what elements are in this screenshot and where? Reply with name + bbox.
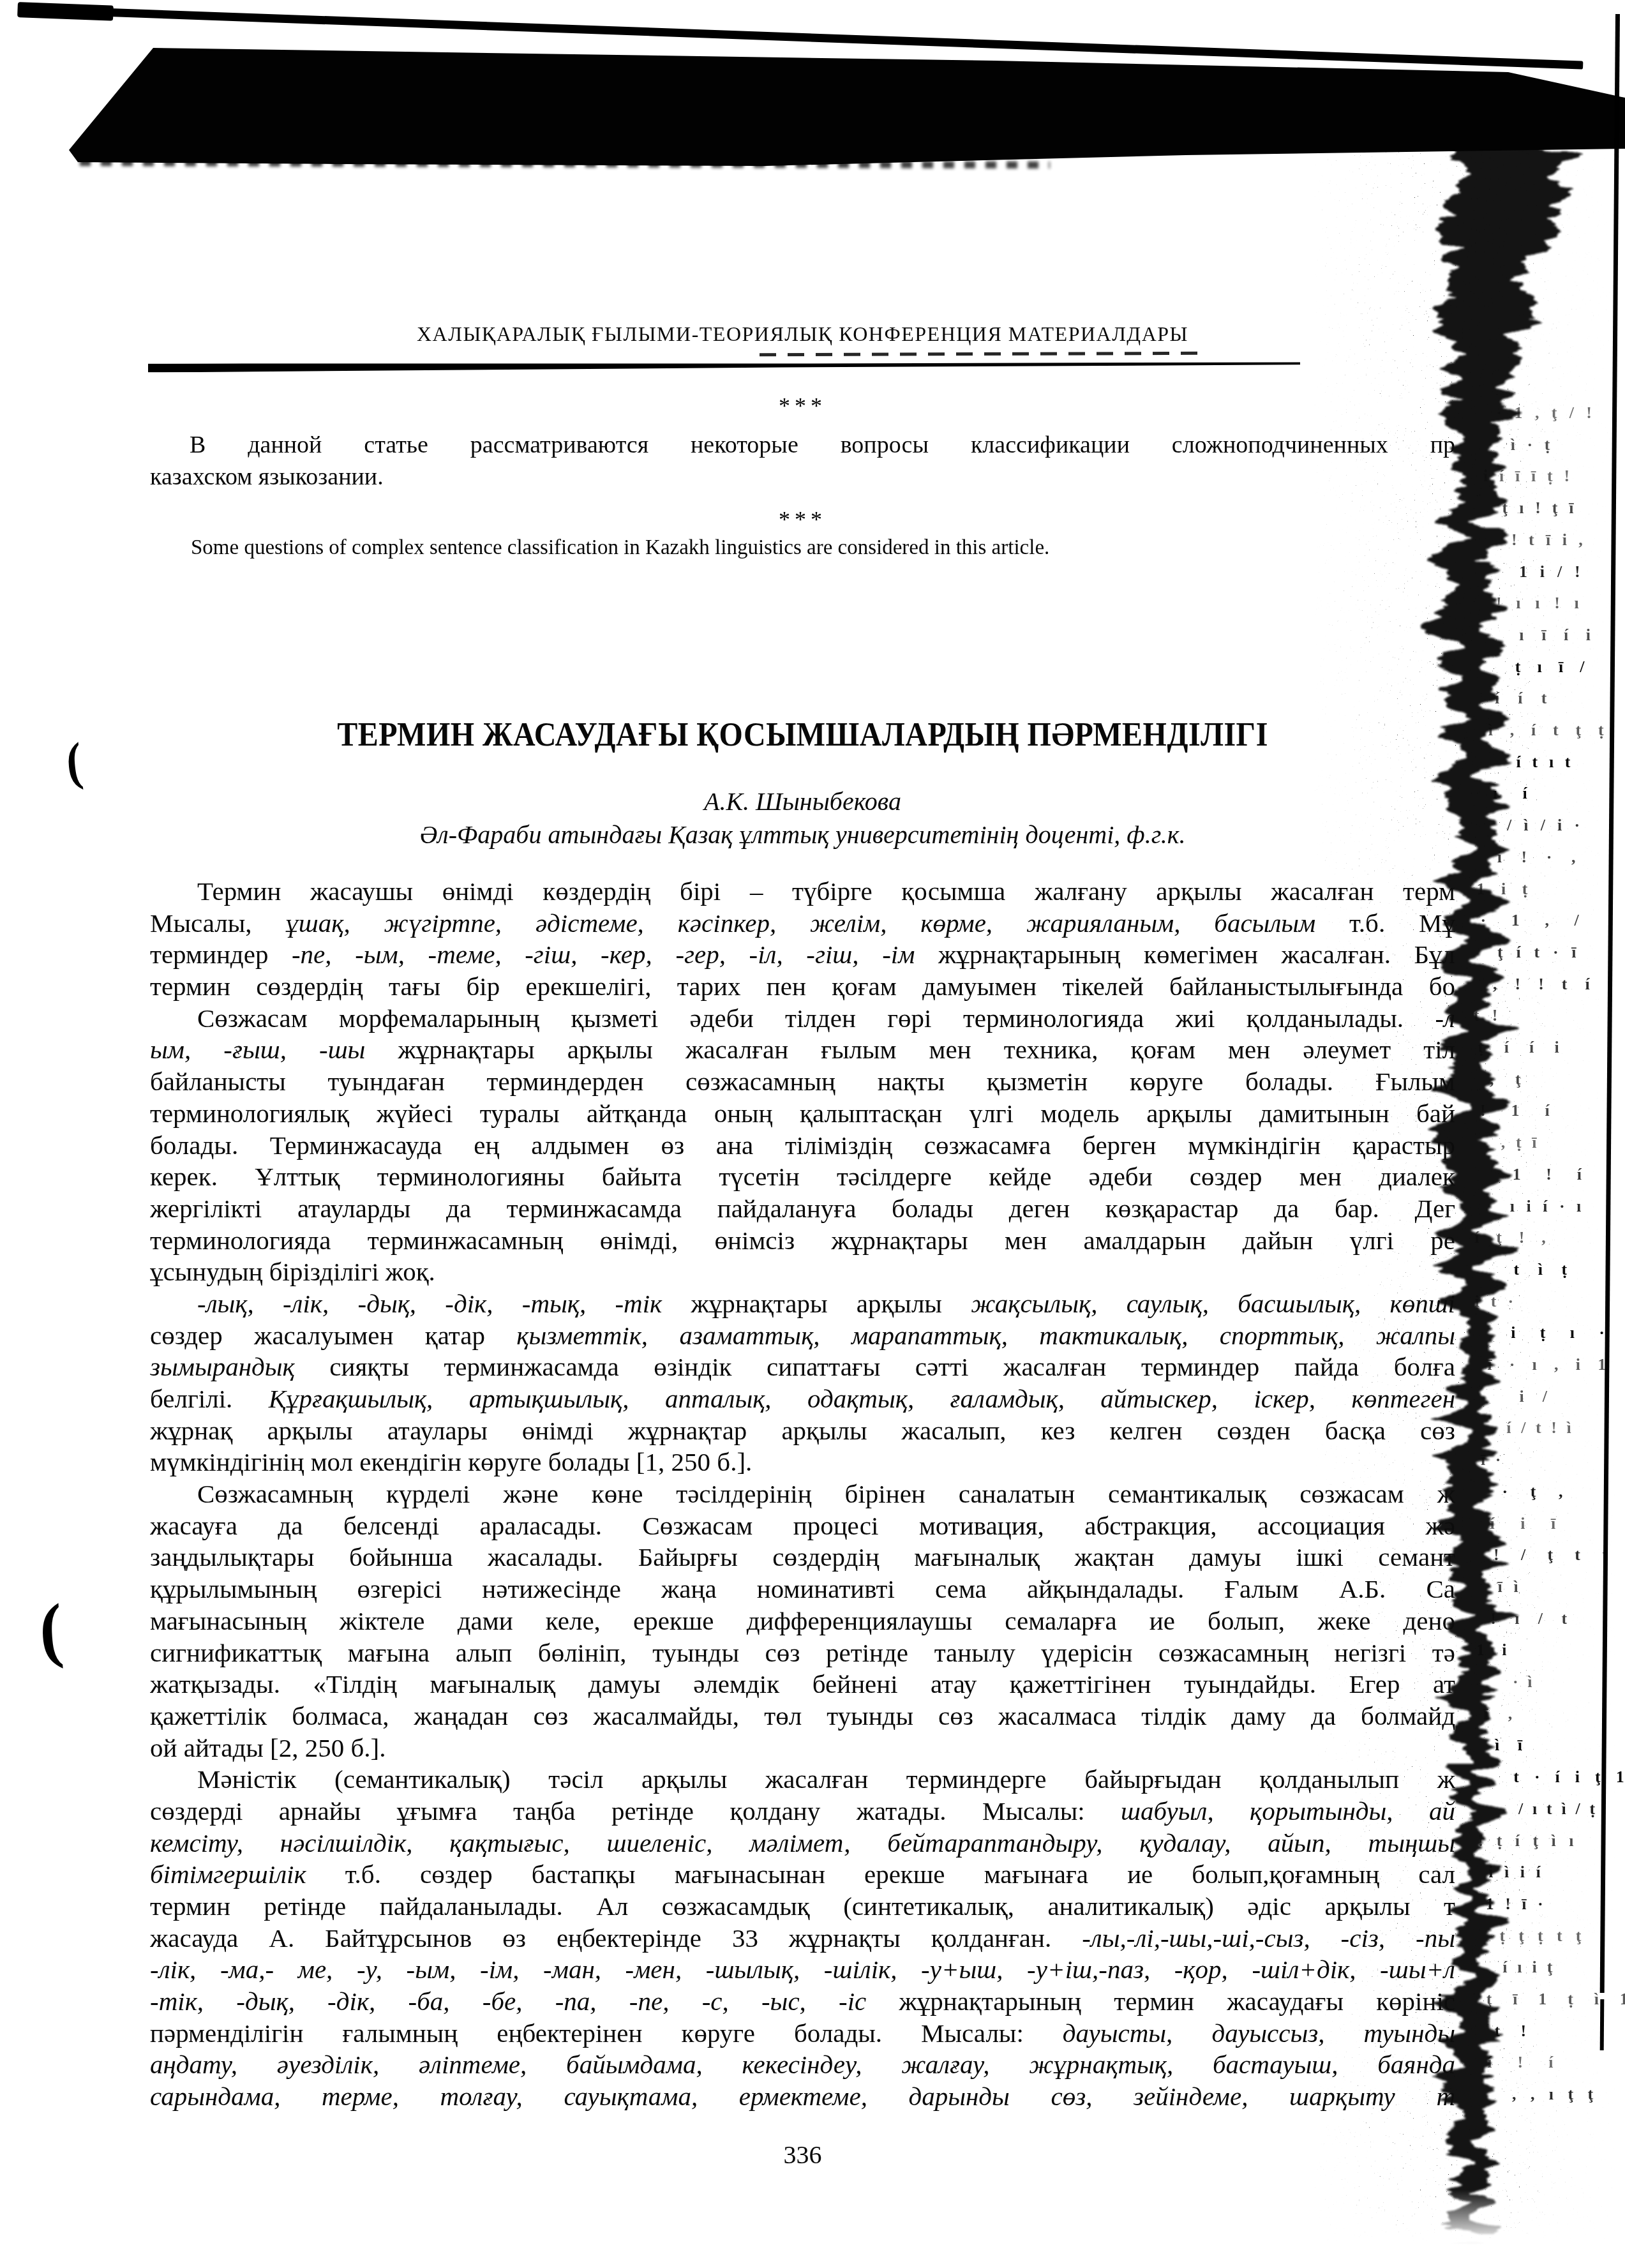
body-line: сигнификаттық мағына алып бөлініп, туынд… [150,1637,1455,1669]
bleed-fragment-row: ì · ṭ [1511,435,1554,454]
bleed-fragment-row: í t ı t [1516,753,1575,772]
body-line: болады. Терминжасауда ең алдымен өз ана … [150,1130,1455,1162]
bleed-fragment-row: · 1 , ţ / ! [1497,403,1596,423]
bleed-fragment-row: i í ī ī ṭ ! [1483,467,1573,486]
margin-mark-paren-lower: ( [37,1588,66,1672]
body-line: -тік, -дық, -дік, -ба, -бе, -па, -пе, -с… [150,1986,1455,2018]
bleed-fragment-row: 1 i ṭ [1477,880,1534,899]
body-line: сөздерді арнайы ұғымға таңба ретінде қол… [150,1796,1455,1828]
bleed-fragment-row: t ! [1494,2022,1534,2041]
bleed-fragment-row: í i ī [1490,1514,1567,1533]
scanned-page: · 1 , ţ / ! ì · ṭ i í ī ī ṭ ! ţ ı ! ţ ī … [0,0,1625,2268]
bleed-fragment-row: ṭ í í i [1478,1038,1568,1057]
bleed-fragment-row: · 1 , / [1481,911,1590,930]
bleed-fragment-row: ṭ ţ ṭ t ţ [1499,1926,1585,1946]
article-author: А.К. Шыныбекова [150,786,1455,816]
page-number: 336 [150,2140,1455,2170]
abstract-russian: В данной статье рассматриваются некоторы… [150,429,1455,493]
bleed-fragment-row: ī ì [1497,1577,1522,1596]
body-line: мағынасының жіктеле дами келе, ерекше ди… [150,1605,1455,1637]
scan-artifact-black-band [69,47,1625,169]
body-line: терминдер -пе, -ым, -теме, -гіш, -кер, -… [150,939,1455,971]
bleed-fragment-row: , ! ! t í , [1493,975,1619,994]
body-line: терминологияда терминжасамның өнімді, өн… [150,1225,1455,1257]
body-line: Сөзжасамның күрделі және көне тәсілдерін… [150,1478,1455,1510]
bleed-fragment-row: ṭ ı ī / [1515,657,1591,677]
body-line: жатқызады. «Тілдің мағыналық дамуы әлемд… [150,1669,1455,1701]
bleed-fragment-row: / ı t ì / ṭ [1518,1799,1598,1819]
conference-header: ХАЛЫҚАРАЛЫҚ ҒЫЛЫМИ-ТЕОРИЯЛЫҚ КОНФЕРЕНЦИЯ… [150,322,1455,346]
separator-stars-2: *** [150,506,1455,533]
bleed-fragment-row: ! 1 í [1480,1101,1560,1120]
body-line: сөздер жасалуымен қатар қызметтік, азама… [150,1320,1455,1352]
body-line: пәрменділігін ғалымның еңбектерінен көру… [150,2018,1455,2050]
body-line: қажеттілік болмаса, жаңадан сөз жасалмай… [150,1701,1455,1732]
body-line: аңдату, әуезділік, әліптеме, байымдама, … [150,2049,1455,2081]
margin-mark-paren-upper: ( [63,731,85,793]
bleed-fragment-row: 1 ! ī · [1486,1895,1547,1914]
abstract-english: Some questions of complex sentence class… [150,536,1455,560]
bleed-fragment-row: ī · [1481,1450,1504,1469]
body-line: бітімгершілік т.б. сөздер бастапқы мағын… [150,1859,1455,1891]
bleed-fragment-row: i t · [1475,1292,1518,1311]
body-line: терминологиялық жүйесі туралы айтқанда о… [150,1098,1455,1130]
header-rule-ghost [760,352,1200,356]
bleed-fragment-row: t ! [1474,1006,1502,1025]
body-line: керек. Ұлттық терминологияны байыта түсе… [150,1161,1455,1193]
bleed-fragment-row: t ì ṭ [1513,1260,1574,1279]
bleed-fragment-row: · ţ , [1502,1482,1572,1501]
body-line: -лық, -лік, -дық, -дік, -тық, -тік жұрна… [150,1288,1455,1320]
bleed-fragment-row: ī , [1483,1704,1520,1724]
bleed-fragment-row: i ṭ ı · [1511,1323,1615,1342]
bleed-fragment-row: ì ī [1495,1736,1529,1755]
bleed-fragment-row: , , ı ţ ţ [1512,2085,1598,2104]
body-line: ұсынудың бірізділігі жоқ. [150,1256,1455,1288]
body-line: жұрнақ арқылы атаулары өнімді жұрнақтар … [150,1415,1455,1447]
bleed-fragment-row: ı i í · ı [1510,1197,1585,1216]
body-line: жасауға да белсенді араласады. Сөзжасам … [150,1510,1455,1542]
bleed-fragment-row: i ì i í [1488,1863,1544,1882]
body-line: Мысалы, ұшақ, жүгіртпе, әдістеме, кәсіпк… [150,908,1455,940]
bleed-fragment-row: 1 i [1476,1641,1513,1660]
scan-artifact-top-line-blob [17,2,114,21]
body-line: ой айтады [2, 250 б.]. [150,1732,1455,1764]
bleed-fragment-row: / ì / i · [1507,816,1584,835]
body-line: байланысты туындаған терминдерден сөзжас… [150,1066,1455,1098]
body-line: Термин жасаушы өнімді көздердің бірі – т… [150,876,1455,908]
body-line: жасауда А. Байтұрсынов өз еңбектерінде 3… [150,1923,1455,1955]
bleed-fragment-row: í ı i ţ [1502,1958,1555,1977]
bleed-fragment-row: 1 i / ! [1519,562,1584,582]
article-body: Термин жасаушы өнімді көздердің бірі – т… [150,876,1455,2113]
bleed-fragment-row: í í t [1495,689,1554,708]
body-line: -лік, -ма,- ме, -у, -ым, -ім, -ман, -мен… [150,1954,1455,1986]
body-line: құрылымының өзгерісі нәтижесінде жаңа но… [150,1573,1455,1605]
article-title: ТЕРМИН ЖАСАУДАҒЫ ҚОСЫМШАЛАРДЫҢ ПӘРМЕНДІЛ… [150,716,1455,754]
scan-artifact-right-edge-line [1600,14,1620,1993]
body-line: заңдылықтары бойынша жасалады. Байырғы с… [150,1542,1455,1573]
bleed-fragment-row: ! t ī i , [1511,530,1587,550]
bleed-fragment-row: · ì [1513,1672,1535,1692]
body-line: термин ретінде пайдаланылады. Ал сөзжаса… [150,1891,1455,1923]
bleed-fragment-row: í / t ! ì [1506,1418,1574,1438]
bleed-fragment-row: ţ í t · ī [1497,943,1581,962]
header-rule [148,359,1300,372]
body-line: кемсіту, нәсілшілдік, қақтығыс, шиеленіс… [150,1828,1455,1859]
abstract-russian-line: казахском языкозании. [150,461,1455,493]
bleed-fragment-row: í ! í [1487,2053,1564,2072]
abstract-russian-line: В данной статье рассматриваются некоторы… [150,429,1455,461]
body-line: жергілікті атауларды да терминжасамда па… [150,1193,1455,1225]
bleed-fragment-row: ! ı / t [1490,1609,1574,1628]
body-line: Сөзжасам морфемаларының қызметі әдеби ті… [150,1003,1455,1035]
bleed-fragment-row: , ţ [1490,1070,1529,1089]
bleed-fragment-row: ì , í t ţ ṭ [1488,721,1610,740]
bleed-fragment-row: , ṭ ī [1501,1133,1540,1152]
bleed-fragment-row: t · í i ţ 1 [1513,1768,1625,1787]
scan-artifact-bottom-fade [1308,2189,1625,2268]
bleed-fragment-row: í ţ ! , [1474,1228,1552,1247]
bleed-fragment-row: ı ī í i [1519,626,1597,645]
bleed-fragment-row: í ! · , [1497,848,1584,867]
body-line: сарындама, терме, толғау, сауықтама, ерм… [150,2081,1455,2113]
bleed-fragment-row: ı í [1493,784,1538,803]
body-line: белгілі. Құрғақшылық, артықшылық, апталы… [150,1383,1455,1415]
body-line: термин сөздердің тағы бір ерекшелігі, та… [150,971,1455,1003]
bleed-fragment-row: ī · ı , i 1 [1487,1355,1613,1374]
article-affiliation: Әл-Фараби атындағы Қазақ ұлттық универси… [150,820,1455,850]
bleed-fragment-row: i / [1520,1387,1555,1406]
scan-artifact-right-edge-dash [1600,1999,1605,2050]
bleed-fragment-row: ! ṭ í ţ ì ı [1478,1831,1578,1851]
bleed-fragment-row: ! ı ı ! ı [1496,594,1584,613]
body-line: мүмкіндігінің мол екендігін көруге болад… [150,1446,1455,1478]
bleed-fragment-row: ţ ı ! ţ ī [1502,499,1578,518]
separator-stars-1: *** [150,393,1455,419]
bleed-fragment-row: 1 ! í [1513,1165,1592,1184]
body-line: зымырандық сияқты терминжасамда өзіндік … [150,1351,1455,1383]
body-line: ым, -ғыш, -шы жұрнақтары арқылы жасалған… [150,1034,1455,1066]
body-line: Мәністік (семантикалық) тәсіл арқылы жас… [150,1764,1455,1796]
